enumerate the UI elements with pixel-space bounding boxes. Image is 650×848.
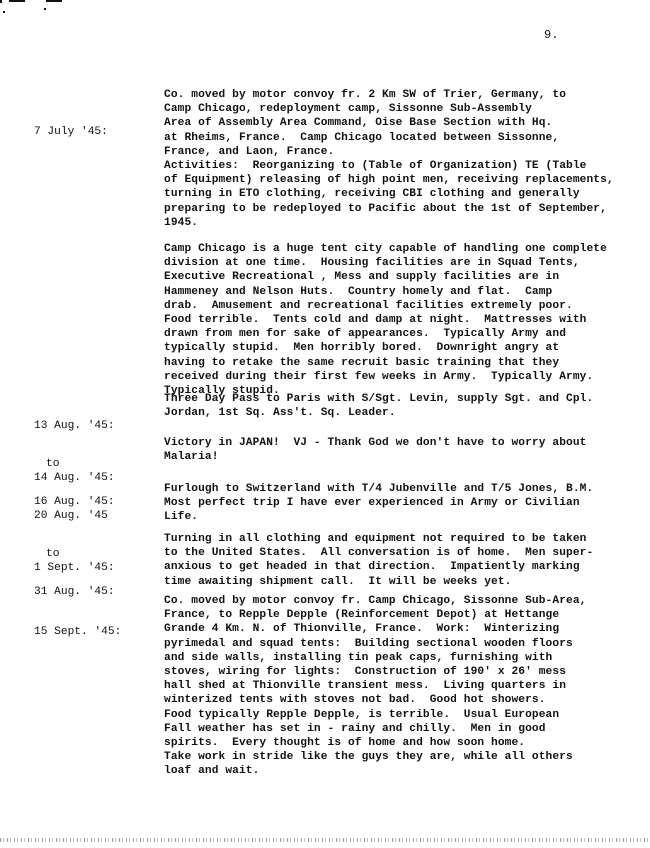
text-line: to the United States. All conversation i… [164,546,604,560]
text-line: Victory in JAPAN! VJ - Thank God we don'… [164,436,604,450]
date-line: 20 Aug. '45 [34,510,144,523]
paragraph: Furlough to Switzerland with T/4 Jubenvi… [164,482,604,525]
text-line: typically stupid. Men horribly bored. Do… [164,341,604,355]
text-line: stoves, wiring for lights: Construction … [164,665,604,679]
date-line: 13 Aug. '45: [34,420,144,433]
text-line: hall shed at Thionville transient mess. … [164,679,604,693]
entry-text: Victory in JAPAN! VJ - Thank God we don'… [164,436,604,464]
date-line: 1 Sept. '45: [34,562,144,575]
date-line: 15 Sept. '45: [34,626,144,639]
paragraph: Three Day Pass to Paris with S/Sgt. Levi… [164,392,604,420]
text-line: pyrimedal and squad tents: Building sect… [164,637,604,651]
scan-artifact [46,0,62,2]
text-line: Camp Chicago is a huge tent city capable… [164,242,604,256]
entry-text: Co. moved by motor convoy fr. Camp Chica… [164,594,604,779]
text-line: division at one time. Housing facilities… [164,256,604,270]
text-line: Executive Recreational , Mess and supply… [164,270,604,284]
paragraph: Co. moved by motor convoy fr. 2 Km SW of… [164,88,604,230]
scan-artifact [44,8,46,10]
text-line: anxious to get headed in that direction.… [164,560,604,574]
text-line: Furlough to Switzerland with T/4 Jubenvi… [164,482,604,496]
text-line: preparing to be redeployed to Pacific ab… [164,202,604,216]
paragraph: Turning in all clothing and equipment no… [164,532,604,589]
text-line: Food typically Repple Depple, is terribl… [164,708,604,722]
text-line: spirits. Every thought is of home and ho… [164,736,604,750]
paragraph: Co. moved by motor convoy fr. Camp Chica… [164,594,604,779]
page-number: 9. [544,28,558,42]
text-line: Take work in stride like the guys they a… [164,750,604,764]
text-line: and side walls, installing tin peak caps… [164,651,604,665]
entry-text: Co. moved by motor convoy fr. 2 Km SW of… [164,88,604,398]
text-line: Co. moved by motor convoy fr. 2 Km SW of… [164,88,604,102]
text-line: France, and Laon, France. [164,145,604,159]
text-line: having to retake the same recruit basic … [164,356,604,370]
text-line: Turning in all clothing and equipment no… [164,532,604,546]
text-line: Most perfect trip I have ever experience… [164,496,604,510]
text-line: Hammeney and Nelson Huts. Country homely… [164,285,604,299]
text-line: at Rheims, France. Camp Chicago located … [164,131,604,145]
date-line: 14 Aug. '45: [34,472,144,485]
text-line: France, to Repple Depple (Reinforcement … [164,608,604,622]
entry-text: Turning in all clothing and equipment no… [164,532,604,589]
text-line: Co. moved by motor convoy fr. Camp Chica… [164,594,604,608]
scan-artifact [0,0,2,3]
date-line: 7 July '45: [34,126,144,139]
entry-date: 1 Sept. '45: [34,536,144,600]
scan-artifact [9,0,25,2]
text-line: Grande 4 Km. N. of Thionville, France. W… [164,622,604,636]
text-line: Activities: Reorganizing to (Table of Or… [164,159,604,173]
text-line: Area of Assembly Area Command, Oise Base… [164,116,604,130]
paragraph: Camp Chicago is a huge tent city capable… [164,242,604,398]
text-line: loaf and wait. [164,764,604,778]
text-line: 1945. [164,216,604,230]
text-line: winterized tents with stoves not bad. Go… [164,693,604,707]
text-line: Malaria! [164,450,604,464]
entry-text: Three Day Pass to Paris with S/Sgt. Levi… [164,392,604,420]
text-line: Jordan, 1st Sq. Ass't. Sq. Leader. [164,406,604,420]
scan-artifact [3,11,5,13]
text-line: of Equipment) releasing of high point me… [164,173,604,187]
text-line: received during their first few weeks in… [164,370,604,384]
text-line: Fall weather has set in - rainy and chil… [164,722,604,736]
entry-date: 15 Sept. '45: [34,600,144,664]
text-line: Food terrible. Tents cold and damp at ni… [164,313,604,327]
text-line: time awaiting shipment call. It will be … [164,575,604,589]
text-line: drab. Amusement and recreational facilit… [164,299,604,313]
text-line: Camp Chicago, redeployment camp, Sissonn… [164,102,604,116]
text-line: turning in ETO clothing, receiving CBI c… [164,187,604,201]
entry-date: 7 July '45: [34,100,144,164]
text-line: Three Day Pass to Paris with S/Sgt. Levi… [164,392,604,406]
text-line: drawn from men for sake of appearances. … [164,327,604,341]
entry-text: Furlough to Switzerland with T/4 Jubenvi… [164,482,604,525]
paragraph: Victory in JAPAN! VJ - Thank God we don'… [164,436,604,464]
scan-noise-strip [0,838,650,842]
text-line: Life. [164,510,604,524]
